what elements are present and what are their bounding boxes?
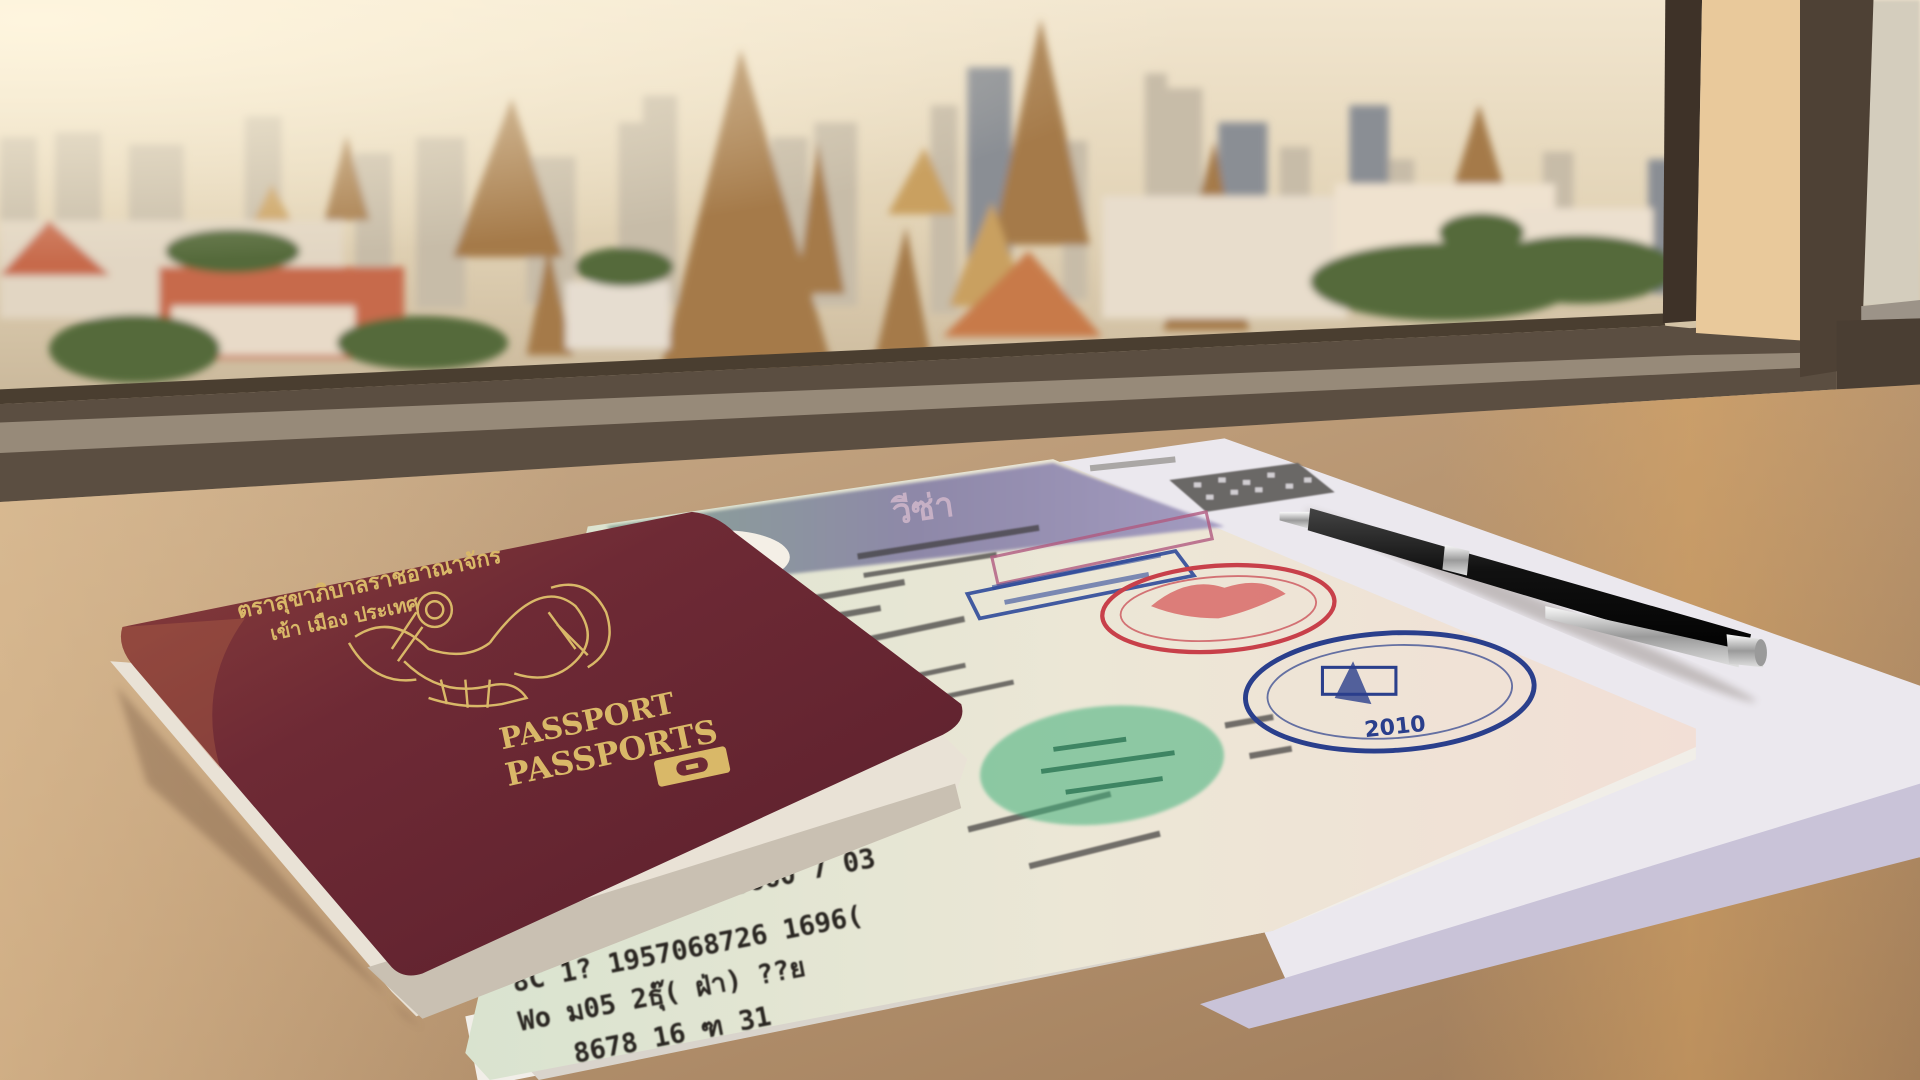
photo-scene: วีซ่า — [0, 0, 1920, 1080]
